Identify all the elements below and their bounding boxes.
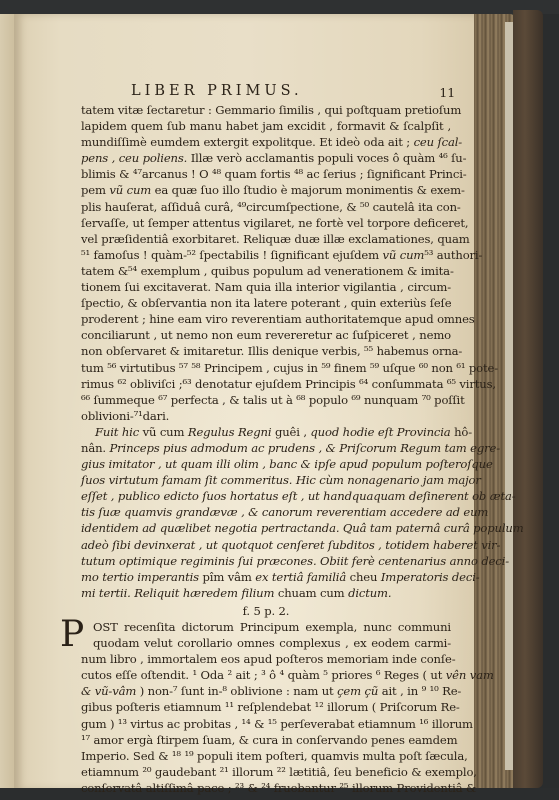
text-line: conciliarunt , ut nemo non eum revereret…: [81, 327, 451, 343]
text-line: & vũ-vâm ) non-⁷ ſunt in-⁸ oblivione : n…: [81, 683, 451, 699]
text-run: ait , in ⁹ ¹⁰ Re-: [378, 684, 461, 698]
italic-run: vũ cum: [383, 248, 425, 262]
text-run: chuam cum: [274, 586, 348, 600]
text-line: ſuos virtutum famam ſit commeritus. Hic …: [81, 472, 451, 488]
text-run: pem: [81, 183, 109, 197]
text-run: hô-: [451, 425, 472, 439]
text-line: lapidem quem ſub manu habet jam excidit …: [81, 118, 451, 134]
text-run: nân.: [81, 441, 109, 455]
text-run: pîm vâm: [199, 570, 255, 584]
page-text: LIBER PRIMUS. 11 tatem vitæ ſectaretur :…: [81, 84, 451, 796]
text-run: ) non-⁷ ſunt in-⁸ oblivione : nam ut: [136, 684, 337, 698]
italic-run: mi tertii. Reliquit hæredem filium: [81, 586, 274, 600]
text-line: mo tertio imperantis pîm vâm ex tertiâ f…: [81, 569, 451, 585]
text-line: blimis & ⁴⁷arcanus ! O ⁴⁸ quam fortis ⁴⁸…: [81, 166, 451, 182]
facing-page-edge: [0, 14, 15, 790]
italic-run: çem çũ: [337, 684, 378, 698]
text-line: pem vũ cum ea quæ ſuo illo ſtudio è majo…: [81, 182, 451, 198]
text-line: tis ſuæ quamvis grandævæ , & canorum rev…: [81, 504, 451, 520]
running-head-title: LIBER PRIMUS.: [131, 83, 303, 99]
text-run: guêi ,: [271, 425, 310, 439]
text-line: Fuit hic vũ cum Regulus Regni guêi , quo…: [81, 424, 451, 440]
text-line: gibus poſteris etiamnum ¹¹ reſplendebat …: [81, 699, 451, 715]
italic-run: ex tertiâ familiâ: [255, 570, 346, 584]
italic-run: & vũ-vâm: [81, 684, 136, 698]
text-line: gum ) ¹³ virtus ac probitas , ¹⁴ & ¹⁵ pe…: [81, 716, 451, 732]
text-line: ⁵¹ famoſus ! quàm-⁵² ſpectabilis ! ſigni…: [81, 247, 451, 263]
text-line: tatem vitæ ſectaretur : Gemmario ſimilis…: [81, 102, 451, 118]
text-run: ⁵³ authori-: [424, 248, 482, 262]
page-number: 11: [439, 85, 455, 101]
endpaper-strip: [505, 22, 513, 770]
text-run: ⁵¹ famoſus ! quàm-⁵² ſpectabilis ! ſigni…: [81, 248, 383, 262]
text-line: mundiſſimè eumdem extergit expolitque. E…: [81, 134, 451, 150]
italic-run: ceu ſcal-: [414, 135, 462, 149]
text-line: tionem ſui excitaverat. Nam quia illa in…: [81, 279, 451, 295]
italic-run: quod hodie eſt Provincia: [310, 425, 450, 439]
text-line: identidem ad quælibet negotia pertractan…: [81, 520, 451, 536]
text-run: ea quæ ſuo illo ſtudio è majorum monimen…: [151, 183, 465, 197]
text-line: ſpectio, & obſervantia non ita latere po…: [81, 295, 451, 311]
italic-run: Fuit hic: [95, 425, 139, 439]
italic-run: Imperatoris deci-: [381, 570, 480, 584]
scanner-top-border: [0, 0, 559, 14]
italic-run: Regulus Regni: [188, 425, 272, 439]
text-line: eſſet , publico edicto ſuos hortatus eſt…: [81, 488, 451, 504]
italic-run: pens , ceu poliens.: [81, 151, 187, 165]
text-line: pens , ceu poliens. Illæ verò acclamanti…: [81, 150, 451, 166]
italic-run: mo tertio imperantis: [81, 570, 199, 584]
text-line: tum ⁵⁶ virtutibus ⁵⁷ ⁵⁸ Principem , cuju…: [81, 360, 451, 376]
text-line: Imperio. Sed & ¹⁸ ¹⁹ populi item poſteri…: [81, 748, 451, 764]
text-line: conſervatâ altiſſimâ pace ; ²³ & ²⁴ frue…: [81, 780, 451, 796]
text-line: cutos eſſe oſtendit. ¹ Oda ² ait ; ³ ô ⁴…: [81, 667, 451, 683]
book-cover: [513, 10, 543, 788]
text-line: tutum optimique regiminis ſui præcones. …: [81, 553, 451, 569]
paragraph-commentary: tatem vitæ ſectaretur : Gemmario ſimilis…: [81, 102, 451, 424]
text-line: mi tertii. Reliquit hæredem filium chuam…: [81, 585, 451, 601]
text-line: OST recenſita dictorum Principum exempla…: [81, 619, 451, 635]
running-head: LIBER PRIMUS. 11: [81, 84, 451, 102]
text-line: vel præſidentiâ exorbitaret. Reliquæ duæ…: [81, 231, 451, 247]
paragraph-italic-history: Fuit hic vũ cum Regulus Regni guêi , quo…: [81, 424, 451, 601]
text-run: vũ cum: [139, 425, 188, 439]
signature-mark: f. 5 p. 2.: [81, 603, 451, 619]
text-line: rimus ⁶² obliviſci ;⁶³ denotatur ejuſdem…: [81, 376, 451, 392]
text-line: ⁶⁶ ſummeque ⁶⁷ perfecta , & talis ut à ⁶…: [81, 392, 451, 408]
text-line: adeò ſibi devinxerat , ut quotquot cenſe…: [81, 537, 451, 553]
italic-run: vên vam: [446, 668, 494, 682]
text-run: cutos eſſe oſtendit. ¹ Oda ² ait ; ³ ô ⁴…: [81, 668, 446, 682]
italic-run: Princeps pius admodum ac prudens , & Pri…: [109, 441, 500, 455]
text-line: num libro , immortalem eos apud poſteros…: [81, 651, 451, 667]
paragraph-post: P OST recenſita dictorum Principum exemp…: [81, 619, 451, 796]
italic-run: vũ cum: [109, 183, 151, 197]
text-run: cheu: [346, 570, 381, 584]
text-run: Illæ verò acclamantis populi voces ô quà…: [187, 151, 466, 165]
text-line: gius imitator , ut quam illi olim , banc…: [81, 456, 451, 472]
text-line: nân. Princeps pius admodum ac prudens , …: [81, 440, 451, 456]
text-line: etiamnum ²⁰ gaudebant ²¹ illorum ²² læti…: [81, 764, 451, 780]
italic-run: dictum.: [348, 586, 391, 600]
text-line: quodam velut corollario omnes complexus …: [81, 635, 451, 651]
text-line: oblivioni-⁷¹dari.: [81, 408, 451, 424]
drop-cap: P: [60, 618, 84, 652]
text-line: ¹⁷ amor ergà ſtirpem ſuam, & cura in con…: [81, 732, 451, 748]
text-line: proderent ; hine eam viro reverentiam au…: [81, 311, 451, 327]
text-line: ſervaſſe, ut ſemper attentus vigilaret, …: [81, 215, 451, 231]
text-line: tatem &⁵⁴ exemplum , quibus populum ad v…: [81, 263, 451, 279]
text-line: non obſervaret & imitaretur. Illis deniq…: [81, 343, 451, 359]
text-line: plis hauſerat, aſſiduâ curâ, ⁴⁹circumſpe…: [81, 199, 451, 215]
text-run: mundiſſimè eumdem extergit expolitque. E…: [81, 135, 414, 149]
